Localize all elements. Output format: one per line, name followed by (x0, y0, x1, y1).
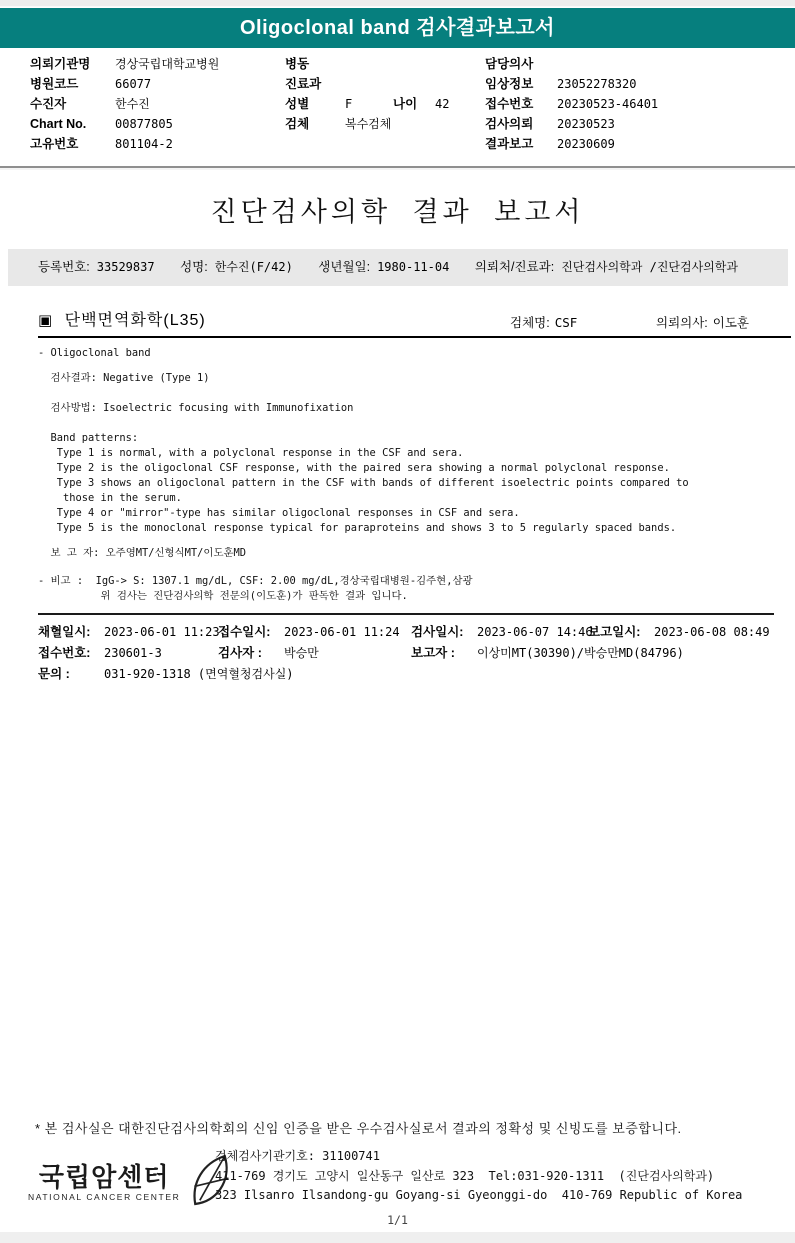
footer-field: 접수번호:230601-3 (38, 643, 162, 663)
footer-divider (38, 613, 774, 615)
field-label: 접수번호 (485, 94, 557, 114)
field-value: 20230523-46401 (557, 97, 658, 111)
field-label: Chart No. (30, 114, 115, 134)
footer-field: 접수일시:2023-06-01 11:24 (218, 622, 400, 642)
info-row: 검체복수검체 (285, 114, 449, 134)
field-label: 수진자 (30, 94, 115, 114)
org-name-english: NATIONAL CANCER CENTER (28, 1192, 180, 1202)
info-row: 담당의사 (485, 54, 658, 74)
field-label: 검사의뢰 (485, 114, 557, 134)
footer-field: 채혈일시:2023-06-01 11:23 (38, 622, 220, 642)
page-number: 1/1 (0, 1213, 795, 1227)
report-title: 진단검사의학 결과 보고서 (0, 190, 795, 230)
field-label: 성별 (285, 94, 345, 114)
age-value: 42 (435, 97, 449, 111)
field-label: 임상정보 (485, 74, 557, 94)
result-body: - Oligoclonal band 검사결과: Negative (Type … (38, 346, 788, 604)
result-line: Type 4 or "mirror"-type has similar olig… (38, 506, 788, 521)
footer-field-contact: 문의 :031-920-1318 (면역혈청검사실) (38, 664, 294, 684)
header-info: 의뢰기관명경상국립대학교병원 병원코드66077 수진자한수진 Chart No… (0, 54, 795, 154)
footer-field: 검사자 :박승만 (218, 643, 319, 663)
info-row: 진료과 (285, 74, 449, 94)
footer-field: 검사일시:2023-06-07 14:46 (411, 622, 593, 642)
field-value: 20230609 (557, 137, 615, 151)
org-address-line: 323 Ilsanro Ilsandong-gu Goyang-si Gyeon… (215, 1186, 742, 1206)
org-address: 검체검사기관기호: 31100741 411-769 경기도 고양시 일산동구 … (215, 1147, 742, 1206)
field-label: 진료과 (285, 74, 345, 94)
result-line: Type 5 is the monoclonal response typica… (38, 521, 788, 536)
report-footer: 채혈일시:2023-06-01 11:23 접수일시:2023-06-01 11… (0, 622, 795, 688)
info-row: 검사의뢰20230523 (485, 114, 658, 134)
field-value: 경상국립대학교병원 (115, 57, 219, 71)
section-title: 단백면역화학(L35) (65, 312, 206, 329)
info-row: 임상정보23052278320 (485, 74, 658, 94)
footer-row: 접수번호:230601-3 검사자 :박승만 보고자 :이상미MT(30390)… (0, 643, 795, 663)
info-row: 결과보고20230609 (485, 134, 658, 154)
field-value: 00877805 (115, 117, 173, 131)
result-line: Type 3 shows an oligoclonal pattern in t… (38, 476, 788, 491)
org-address-line: 411-769 경기도 고양시 일산동구 일산로 323 Tel:031-920… (215, 1167, 742, 1187)
header-info-col2: 병동 진료과 성별F나이42 검체복수검체 (285, 54, 449, 134)
footer-row: 채혈일시:2023-06-01 11:23 접수일시:2023-06-01 11… (0, 622, 795, 642)
header-info-col1: 의뢰기관명경상국립대학교병원 병원코드66077 수진자한수진 Chart No… (30, 54, 219, 154)
info-row: 병동 (285, 54, 449, 74)
result-line: 검사방법: Isoelectric focusing with Immunofi… (38, 401, 788, 416)
cancer-center-logo: 국립암센터 NATIONAL CANCER CENTER (28, 1153, 234, 1212)
patient-field: 성명:한수진(F/42) (180, 260, 293, 274)
result-line: - 비고 : IgG-> S: 1307.1 mg/dL, CSF: 2.00 … (38, 574, 788, 589)
footer-field: 보고자 :이상미MT(30390)/박승만MD(84796) (411, 643, 684, 663)
section-marker-icon: ▣ (38, 312, 52, 329)
result-line: 보 고 자: 오주영MT/신형식MT/이도훈MD (38, 546, 788, 561)
result-line: 검사결과: Negative (Type 1) (38, 371, 788, 386)
info-row: 수진자한수진 (30, 94, 219, 114)
top-strip (0, 0, 795, 7)
ordering-doctor-field: 의뢰의사:이도훈 (656, 313, 749, 331)
patient-summary-bar: 등록번호:33529837 성명:한수진(F/42) 생년월일:1980-11-… (8, 249, 788, 286)
info-row: Chart No.00877805 (30, 114, 219, 134)
info-row: 의뢰기관명경상국립대학교병원 (30, 54, 219, 74)
organization-block: 국립암센터 NATIONAL CANCER CENTER 검체검사기관기호: 3… (0, 1145, 795, 1220)
age-label: 나이 (393, 94, 435, 114)
field-label: 결과보고 (485, 134, 557, 154)
info-row: 병원코드66077 (30, 74, 219, 94)
banner-title: Oligoclonal band 검사결과보고서 (240, 17, 555, 39)
certification-note: * 본 검사실은 대한진단검사의학회의 신임 인증을 받은 우수검사실로서 결과… (35, 1118, 775, 1137)
field-value: 복수검체 (345, 117, 391, 131)
field-value: 23052278320 (557, 77, 636, 91)
field-label: 담당의사 (485, 54, 557, 74)
field-value: 66077 (115, 77, 151, 91)
result-line: Type 2 is the oligoclonal CSF response, … (38, 461, 788, 476)
field-value: 20230523 (557, 117, 615, 131)
info-row: 고유번호801104-2 (30, 134, 219, 154)
patient-field: 등록번호:33529837 (38, 260, 155, 274)
result-line: Type 1 is normal, with a polyclonal resp… (38, 446, 788, 461)
footer-field: 보고일시:2023-06-08 08:49 (588, 622, 770, 642)
field-label: 병동 (285, 54, 345, 74)
header-info-col3: 담당의사 임상정보23052278320 접수번호20230523-46401 … (485, 54, 658, 154)
field-label: 병원코드 (30, 74, 115, 94)
info-row-sex-age: 성별F나이42 (285, 94, 449, 114)
footer-row: 문의 :031-920-1318 (면역혈청검사실) (0, 664, 795, 684)
field-label: 검체 (285, 114, 345, 134)
result-line: those in the serum. (38, 491, 788, 506)
patient-field: 생년월일:1980-11-04 (318, 260, 449, 274)
result-line: 위 검사는 진단검사의학 전문의(이도훈)가 판독한 결과 입니다. (38, 589, 788, 604)
report-banner: Oligoclonal band 검사결과보고서 (0, 8, 795, 48)
result-line: - Oligoclonal band (38, 346, 788, 361)
bottom-strip (0, 1232, 795, 1243)
field-label: 고유번호 (30, 134, 115, 154)
org-address-line: 검체검사기관기호: 31100741 (215, 1147, 742, 1167)
section-header: ▣ 단백면역화학(L35) 검체명:CSF 의뢰의사:이도훈 (38, 307, 791, 338)
field-value: 한수진 (115, 97, 150, 111)
header-divider (0, 166, 795, 170)
info-row: 접수번호20230523-46401 (485, 94, 658, 114)
result-line: Band patterns: (38, 431, 788, 446)
field-label: 의뢰기관명 (30, 54, 115, 74)
sex-value: F (345, 94, 393, 114)
org-name-korean: 국립암센터 (39, 1163, 170, 1191)
patient-field: 의뢰처/진료과:진단검사의학과 /진단검사의학과 (475, 260, 738, 274)
field-value: 801104-2 (115, 137, 173, 151)
lab-report-page: Oligoclonal band 검사결과보고서 의뢰기관명경상국립대학교병원 … (0, 0, 795, 1243)
specimen-field: 검체명:CSF (510, 313, 577, 331)
